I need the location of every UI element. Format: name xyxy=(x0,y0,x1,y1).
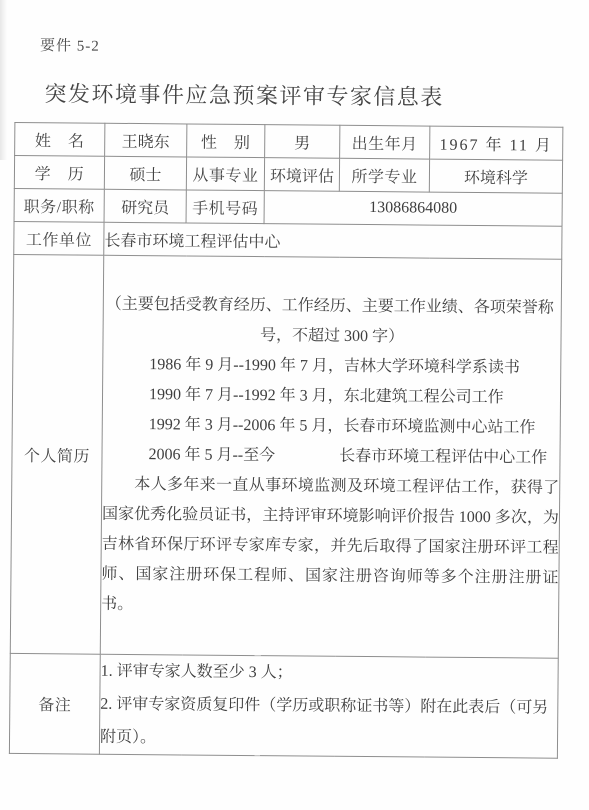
resume-note-line1: （主要包括受教育经历、工作经历、主要工作业绩、各项荣誉称 xyxy=(104,290,561,324)
field-value-birthdate: 1967 年 11 月 xyxy=(430,126,563,160)
remarks-content-cell: 1. 评审专家人数至少 3 人； 2. 评审专家资质复印件（学历或职称证书等）附… xyxy=(99,654,558,758)
field-label-birthdate: 出生年月 xyxy=(340,125,430,159)
field-label-remarks: 备注 xyxy=(9,653,100,754)
resume-entry: 2006 年 5 月--至今 长春市环境工程评估中心工作 xyxy=(102,440,559,474)
field-value-education: 硕士 xyxy=(104,156,186,190)
resume-entry: 1986 年 9 月--1990 年 7 月，吉林大学环境科学系读书 xyxy=(103,350,560,384)
resume-entry: 1990 年 7 月--1992 年 3 月，东北建筑工程公司工作 xyxy=(103,380,560,414)
table-row: 个人简历 （主要包括受教育经历、工作经历、主要工作业绩、各项荣誉称 号，不超过 … xyxy=(10,254,561,658)
table-row: 姓 名 王晓东 性 别 男 出生年月 1967 年 11 月 xyxy=(15,122,563,160)
resume-note-line2: 号，不超过 300 字） xyxy=(103,320,560,354)
remark-item: 2. 评审专家资质复印件（学历或职称证书等）附在此表后（可另附页）。 xyxy=(100,688,558,758)
field-label-major: 所学专业 xyxy=(339,158,429,192)
table-row: 工作单位 长春市环境工程评估中心 xyxy=(14,221,562,259)
field-label-occupation: 从事专业 xyxy=(186,157,264,191)
expert-info-table: 姓 名 王晓东 性 别 男 出生年月 1967 年 11 月 学 历 硕士 从事… xyxy=(9,122,563,759)
field-value-employer: 长春市环境工程评估中心 xyxy=(104,222,562,259)
table-row: 学 历 硕士 从事专业 环境评估 所学专业 环境科学 xyxy=(14,155,562,193)
resume-content-cell: （主要包括受教育经历、工作经历、主要工作业绩、各项荣誉称 号，不超过 300 字… xyxy=(100,255,561,658)
field-value-phone: 13086864080 xyxy=(264,191,562,227)
table-row: 职务/职称 研究员 手机号码 13086864080 xyxy=(14,188,562,226)
doc-label: 要件 5-2 xyxy=(40,34,589,60)
field-value-gender: 男 xyxy=(265,125,340,159)
field-value-major: 环境科学 xyxy=(429,159,562,193)
field-value-occupation: 环境评估 xyxy=(264,158,339,192)
scan-content: 要件 5-2 突发环境事件应急预案评审专家信息表 姓 名 王晓东 性 别 男 出… xyxy=(0,34,589,759)
field-label-phone: 手机号码 xyxy=(186,190,264,224)
field-label-employer: 工作单位 xyxy=(14,221,104,255)
table-row: 备注 1. 评审专家人数至少 3 人； 2. 评审专家资质复印件（学历或职称证书… xyxy=(9,653,558,758)
scanned-form-page: 要件 5-2 突发环境事件应急预案评审专家信息表 姓 名 王晓东 性 别 男 出… xyxy=(0,0,589,810)
field-value-position: 研究员 xyxy=(104,189,186,223)
field-label-education: 学 历 xyxy=(14,155,104,189)
resume-summary: 本人多年来一直从事环境监测及环境工程评估工作，获得了国家优秀化验员证书，主持评审… xyxy=(101,470,559,624)
resume-entry: 1992 年 3 月--2006 年 5 月，长春市环境监测中心站工作 xyxy=(103,410,560,444)
page-title: 突发环境事件应急预案评审专家信息表 xyxy=(0,77,489,112)
field-label-name: 姓 名 xyxy=(15,122,105,156)
field-label-gender: 性 别 xyxy=(187,124,265,158)
field-value-name: 王晓东 xyxy=(105,123,187,157)
remark-item: 1. 评审专家人数至少 3 人； xyxy=(100,655,557,692)
field-label-resume: 个人简历 xyxy=(10,254,103,654)
field-label-position: 职务/职称 xyxy=(14,188,104,222)
